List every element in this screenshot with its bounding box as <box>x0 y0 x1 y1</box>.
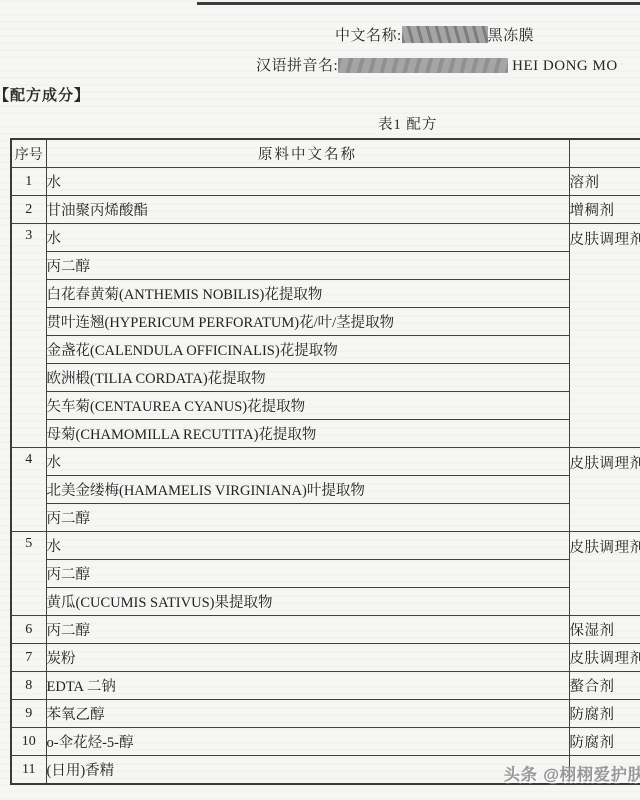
toutiao-watermark: 头条 @栩栩爱护肤 <box>504 762 640 785</box>
ingredient-cell: 母菊(CHAMOMILLA RECUTITA)花提取物 <box>46 420 569 448</box>
ingredient-cell: 矢车菊(CENTAUREA CYANUS)花提取物 <box>46 392 569 420</box>
table-row: 5水皮肤调理剂 <box>11 532 640 560</box>
formula-table-body: 1水溶剂2甘油聚丙烯酸酯增稠剂3水皮肤调理剂丙二醇白花春黄菊(ANTHEMIS … <box>11 168 640 785</box>
function-cell: 螯合剂 <box>569 672 640 700</box>
ingredient-cell: 丙二醇 <box>46 560 569 588</box>
pinyin-name-line: 汉语拼音名:HEI DONG MO <box>256 54 618 75</box>
function-cell: 防腐剂 <box>569 700 640 728</box>
table-row: 北美金缕梅(HAMAMELIS VIRGINIANA)叶提取物 <box>11 476 640 504</box>
table-row: 10o-伞花烃-5-醇防腐剂 <box>11 728 640 756</box>
row-number-cell: 5 <box>11 532 46 616</box>
row-number-cell: 6 <box>11 616 46 644</box>
table-row: 母菊(CHAMOMILLA RECUTITA)花提取物 <box>11 420 640 448</box>
ingredient-cell: 金盏花(CALENDULA OFFICINALIS)花提取物 <box>46 336 569 364</box>
function-cell: 皮肤调理剂 <box>569 644 640 672</box>
row-number-cell: 1 <box>11 168 46 196</box>
row-number-cell: 11 <box>11 756 46 785</box>
table-row: 4水皮肤调理剂 <box>11 448 640 476</box>
table-row: 丙二醇 <box>11 252 640 280</box>
ingredient-cell: 甘油聚丙烯酸酯 <box>46 196 569 224</box>
table-caption: 表1 配方 <box>378 113 437 134</box>
table-row: 7炭粉皮肤调理剂 <box>11 644 640 672</box>
function-cell: 防腐剂 <box>569 728 640 756</box>
table-row: 2甘油聚丙烯酸酯增稠剂 <box>11 196 640 224</box>
function-cell: 皮肤调理剂 <box>569 448 640 532</box>
ingredient-cell: 黄瓜(CUCUMIS SATIVUS)果提取物 <box>46 588 569 616</box>
ingredient-cell: 水 <box>46 448 569 476</box>
ingredient-cell: 水 <box>46 532 569 560</box>
table-row: 丙二醇 <box>11 504 640 532</box>
pinyin-name-value: HEI DONG MO <box>512 58 618 74</box>
ingredient-cell: 欧洲椴(TILIA CORDATA)花提取物 <box>46 364 569 392</box>
row-number-cell: 2 <box>11 196 46 224</box>
row-number-cell: 3 <box>11 224 46 448</box>
chinese-name-line: 中文名称:黑冻膜 <box>335 24 534 45</box>
table-row: 9苯氧乙醇防腐剂 <box>11 700 640 728</box>
table-row: 8EDTA 二钠螯合剂 <box>11 672 640 700</box>
table-row: 1水溶剂 <box>11 168 640 196</box>
table-row: 金盏花(CALENDULA OFFICINALIS)花提取物 <box>11 336 640 364</box>
table-row: 矢车菊(CENTAUREA CYANUS)花提取物 <box>11 392 640 420</box>
table-header-row: 序号 原料中文名称 <box>11 139 640 168</box>
ingredient-cell: 贯叶连翘(HYPERICUM PERFORATUM)花/叶/茎提取物 <box>46 308 569 336</box>
ingredient-cell: 白花春黄菊(ANTHEMIS NOBILIS)花提取物 <box>46 280 569 308</box>
chinese-name-label: 中文名称: <box>335 28 402 44</box>
column-header-ingredient: 原料中文名称 <box>46 139 569 168</box>
redaction-box <box>402 26 488 43</box>
row-number-cell: 8 <box>11 672 46 700</box>
table-row: 6丙二醇保湿剂 <box>11 616 640 644</box>
table-row: 欧洲椴(TILIA CORDATA)花提取物 <box>11 364 640 392</box>
top-divider-bar <box>197 2 640 5</box>
pinyin-name-label: 汉语拼音名: <box>256 58 338 74</box>
ingredient-cell: (日用)香精 <box>46 756 569 785</box>
ingredient-cell: 水 <box>46 168 569 196</box>
ingredient-cell: 丙二醇 <box>46 252 569 280</box>
section-title: 【配方成分】 <box>0 84 90 105</box>
ingredient-cell: 丙二醇 <box>46 504 569 532</box>
function-cell: 皮肤调理剂 <box>569 224 640 448</box>
table-row: 白花春黄菊(ANTHEMIS NOBILIS)花提取物 <box>11 280 640 308</box>
table-row: 黄瓜(CUCUMIS SATIVUS)果提取物 <box>11 588 640 616</box>
ingredient-cell: o-伞花烃-5-醇 <box>46 728 569 756</box>
row-number-cell: 7 <box>11 644 46 672</box>
formula-table: 序号 原料中文名称 1水溶剂2甘油聚丙烯酸酯增稠剂3水皮肤调理剂丙二醇白花春黄菊… <box>10 138 640 785</box>
ingredient-cell: 苯氧乙醇 <box>46 700 569 728</box>
ingredient-cell: 水 <box>46 224 569 252</box>
chinese-name-value: 黑冻膜 <box>488 28 535 44</box>
row-number-cell: 10 <box>11 728 46 756</box>
column-header-number: 序号 <box>11 139 46 168</box>
ingredient-cell: 丙二醇 <box>46 616 569 644</box>
document-page: 中文名称:黑冻膜 汉语拼音名:HEI DONG MO 【配方成分】 表1 配方 … <box>0 0 640 800</box>
column-header-function <box>569 139 640 168</box>
function-cell: 皮肤调理剂 <box>569 532 640 616</box>
ingredient-cell: EDTA 二钠 <box>46 672 569 700</box>
redaction-box <box>338 58 508 73</box>
function-cell: 增稠剂 <box>569 196 640 224</box>
function-cell: 溶剂 <box>569 168 640 196</box>
row-number-cell: 9 <box>11 700 46 728</box>
function-cell: 保湿剂 <box>569 616 640 644</box>
ingredient-cell: 炭粉 <box>46 644 569 672</box>
table-row: 贯叶连翘(HYPERICUM PERFORATUM)花/叶/茎提取物 <box>11 308 640 336</box>
table-row: 3水皮肤调理剂 <box>11 224 640 252</box>
row-number-cell: 4 <box>11 448 46 532</box>
ingredient-cell: 北美金缕梅(HAMAMELIS VIRGINIANA)叶提取物 <box>46 476 569 504</box>
table-row: 丙二醇 <box>11 560 640 588</box>
